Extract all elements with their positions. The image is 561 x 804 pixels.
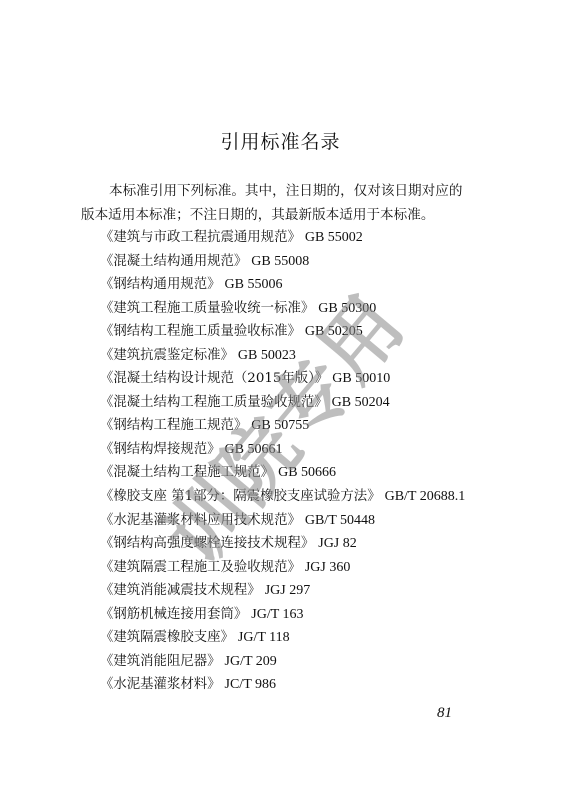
reference-title: 《建筑消能阻尼器》 [100, 654, 221, 669]
reference-title: 《钢结构通用规范》 [100, 277, 221, 292]
reference-title: 《混凝土结构工程施工规范》 [100, 465, 274, 480]
reference-title: 《钢结构高强度螺栓连接技术规程》 [100, 536, 314, 551]
reference-title: 《建筑工程施工质量验收统一标准》 [100, 301, 314, 316]
reference-item: 《水泥基灌浆材料应用技术规范》GB/T 50448 [107, 509, 465, 533]
reference-item: 《橡胶支座 第1部分：隔震橡胶支座试验方法》GB/T 20688.1 [107, 485, 465, 509]
reference-title: 《建筑隔震工程施工及验收规范》 [100, 560, 301, 575]
reference-item: 《钢结构工程施工规范》GB 50755 [107, 414, 465, 438]
reference-title: 《混凝土结构工程施工质量验收规范》 [100, 395, 328, 410]
reference-item: 《钢结构高强度螺栓连接技术规程》JGJ 82 [107, 532, 465, 556]
reference-code: GB 50661 [225, 442, 283, 457]
reference-code: JGJ 297 [265, 583, 311, 598]
reference-item: 《建筑抗震鉴定标准》GB 50023 [107, 344, 465, 368]
reference-title: 《钢结构工程施工质量验收标准》 [100, 324, 301, 339]
reference-code: GB 55006 [225, 277, 283, 292]
reference-item: 《混凝土结构工程施工质量验收规范》GB 50204 [107, 391, 465, 415]
reference-code: GB/T 20688.1 [385, 489, 466, 504]
reference-title: 《建筑隔震橡胶支座》 [100, 630, 234, 645]
reference-code: GB 50023 [238, 348, 296, 363]
reference-item: 《建筑隔震橡胶支座》JG/T 118 [107, 626, 465, 650]
reference-title: 《建筑与市政工程抗震通用规范》 [100, 230, 301, 245]
reference-title: 《建筑抗震鉴定标准》 [100, 348, 234, 363]
reference-code: GB 50205 [305, 324, 363, 339]
reference-title: 《混凝土结构通用规范》 [100, 254, 247, 269]
reference-item: 《建筑消能减震技术规程》JGJ 297 [107, 579, 465, 603]
reference-item: 《钢结构焊接规范》GB 50661 [107, 438, 465, 462]
reference-item: 《钢结构通用规范》GB 55006 [107, 273, 465, 297]
reference-item: 《建筑消能阻尼器》JG/T 209 [107, 650, 465, 674]
reference-code: GB 50010 [332, 371, 390, 386]
intro-paragraph: 本标准引用下列标准。其中，注日期的，仅对该日期对应的 版本适用本标准；不注日期的… [81, 179, 501, 227]
reference-code: JG/T 163 [251, 607, 303, 622]
reference-item: 《混凝土结构工程施工规范》GB 50666 [107, 461, 465, 485]
reference-item: 《混凝土结构设计规范（2015年版）》GB 50010 [107, 367, 465, 391]
reference-item: 《水泥基灌浆材料》JC/T 986 [107, 673, 465, 697]
reference-code: JG/T 209 [225, 654, 277, 669]
reference-title: 《钢结构焊接规范》 [100, 442, 221, 457]
reference-code: JGJ 82 [318, 536, 357, 551]
document-page: 引用标准名录 本标准引用下列标准。其中，注日期的，仅对该日期对应的 版本适用本标… [0, 0, 561, 804]
reference-item: 《钢筋机械连接用套筒》JG/T 163 [107, 603, 465, 627]
reference-title: 《水泥基灌浆材料应用技术规范》 [100, 513, 301, 528]
page-number: 81 [437, 705, 452, 722]
reference-item: 《建筑隔震工程施工及验收规范》JGJ 360 [107, 556, 465, 580]
page-title: 引用标准名录 [0, 127, 561, 154]
reference-title: 《建筑消能减震技术规程》 [100, 583, 261, 598]
reference-code: GB 50204 [332, 395, 390, 410]
reference-item: 《建筑工程施工质量验收统一标准》GB 50300 [107, 297, 465, 321]
reference-item: 《混凝土结构通用规范》GB 55008 [107, 250, 465, 274]
reference-code: GB 55002 [305, 230, 363, 245]
intro-line-1: 本标准引用下列标准。其中，注日期的，仅对该日期对应的 [81, 179, 501, 203]
reference-code: GB 50666 [278, 465, 336, 480]
reference-title: 《混凝土结构设计规范（2015年版）》 [100, 371, 328, 386]
reference-list: 《建筑与市政工程抗震通用规范》GB 55002 《混凝土结构通用规范》GB 55… [107, 226, 465, 697]
reference-title: 《钢筋机械连接用套筒》 [100, 607, 247, 622]
reference-title: 《橡胶支座 第1部分：隔震橡胶支座试验方法》 [100, 489, 381, 504]
reference-code: GB 55008 [251, 254, 309, 269]
intro-line-2: 版本适用本标准；不注日期的，其最新版本适用于本标准。 [81, 203, 501, 227]
reference-code: JGJ 360 [305, 560, 351, 575]
reference-code: GB 50300 [318, 301, 376, 316]
reference-code: GB/T 50448 [305, 513, 375, 528]
reference-title: 《钢结构工程施工规范》 [100, 418, 247, 433]
reference-code: JC/T 986 [225, 677, 276, 692]
reference-code: JG/T 118 [238, 630, 290, 645]
reference-code: GB 50755 [251, 418, 309, 433]
reference-item: 《钢结构工程施工质量验收标准》GB 50205 [107, 320, 465, 344]
reference-item: 《建筑与市政工程抗震通用规范》GB 55002 [107, 226, 465, 250]
reference-title: 《水泥基灌浆材料》 [100, 677, 221, 692]
